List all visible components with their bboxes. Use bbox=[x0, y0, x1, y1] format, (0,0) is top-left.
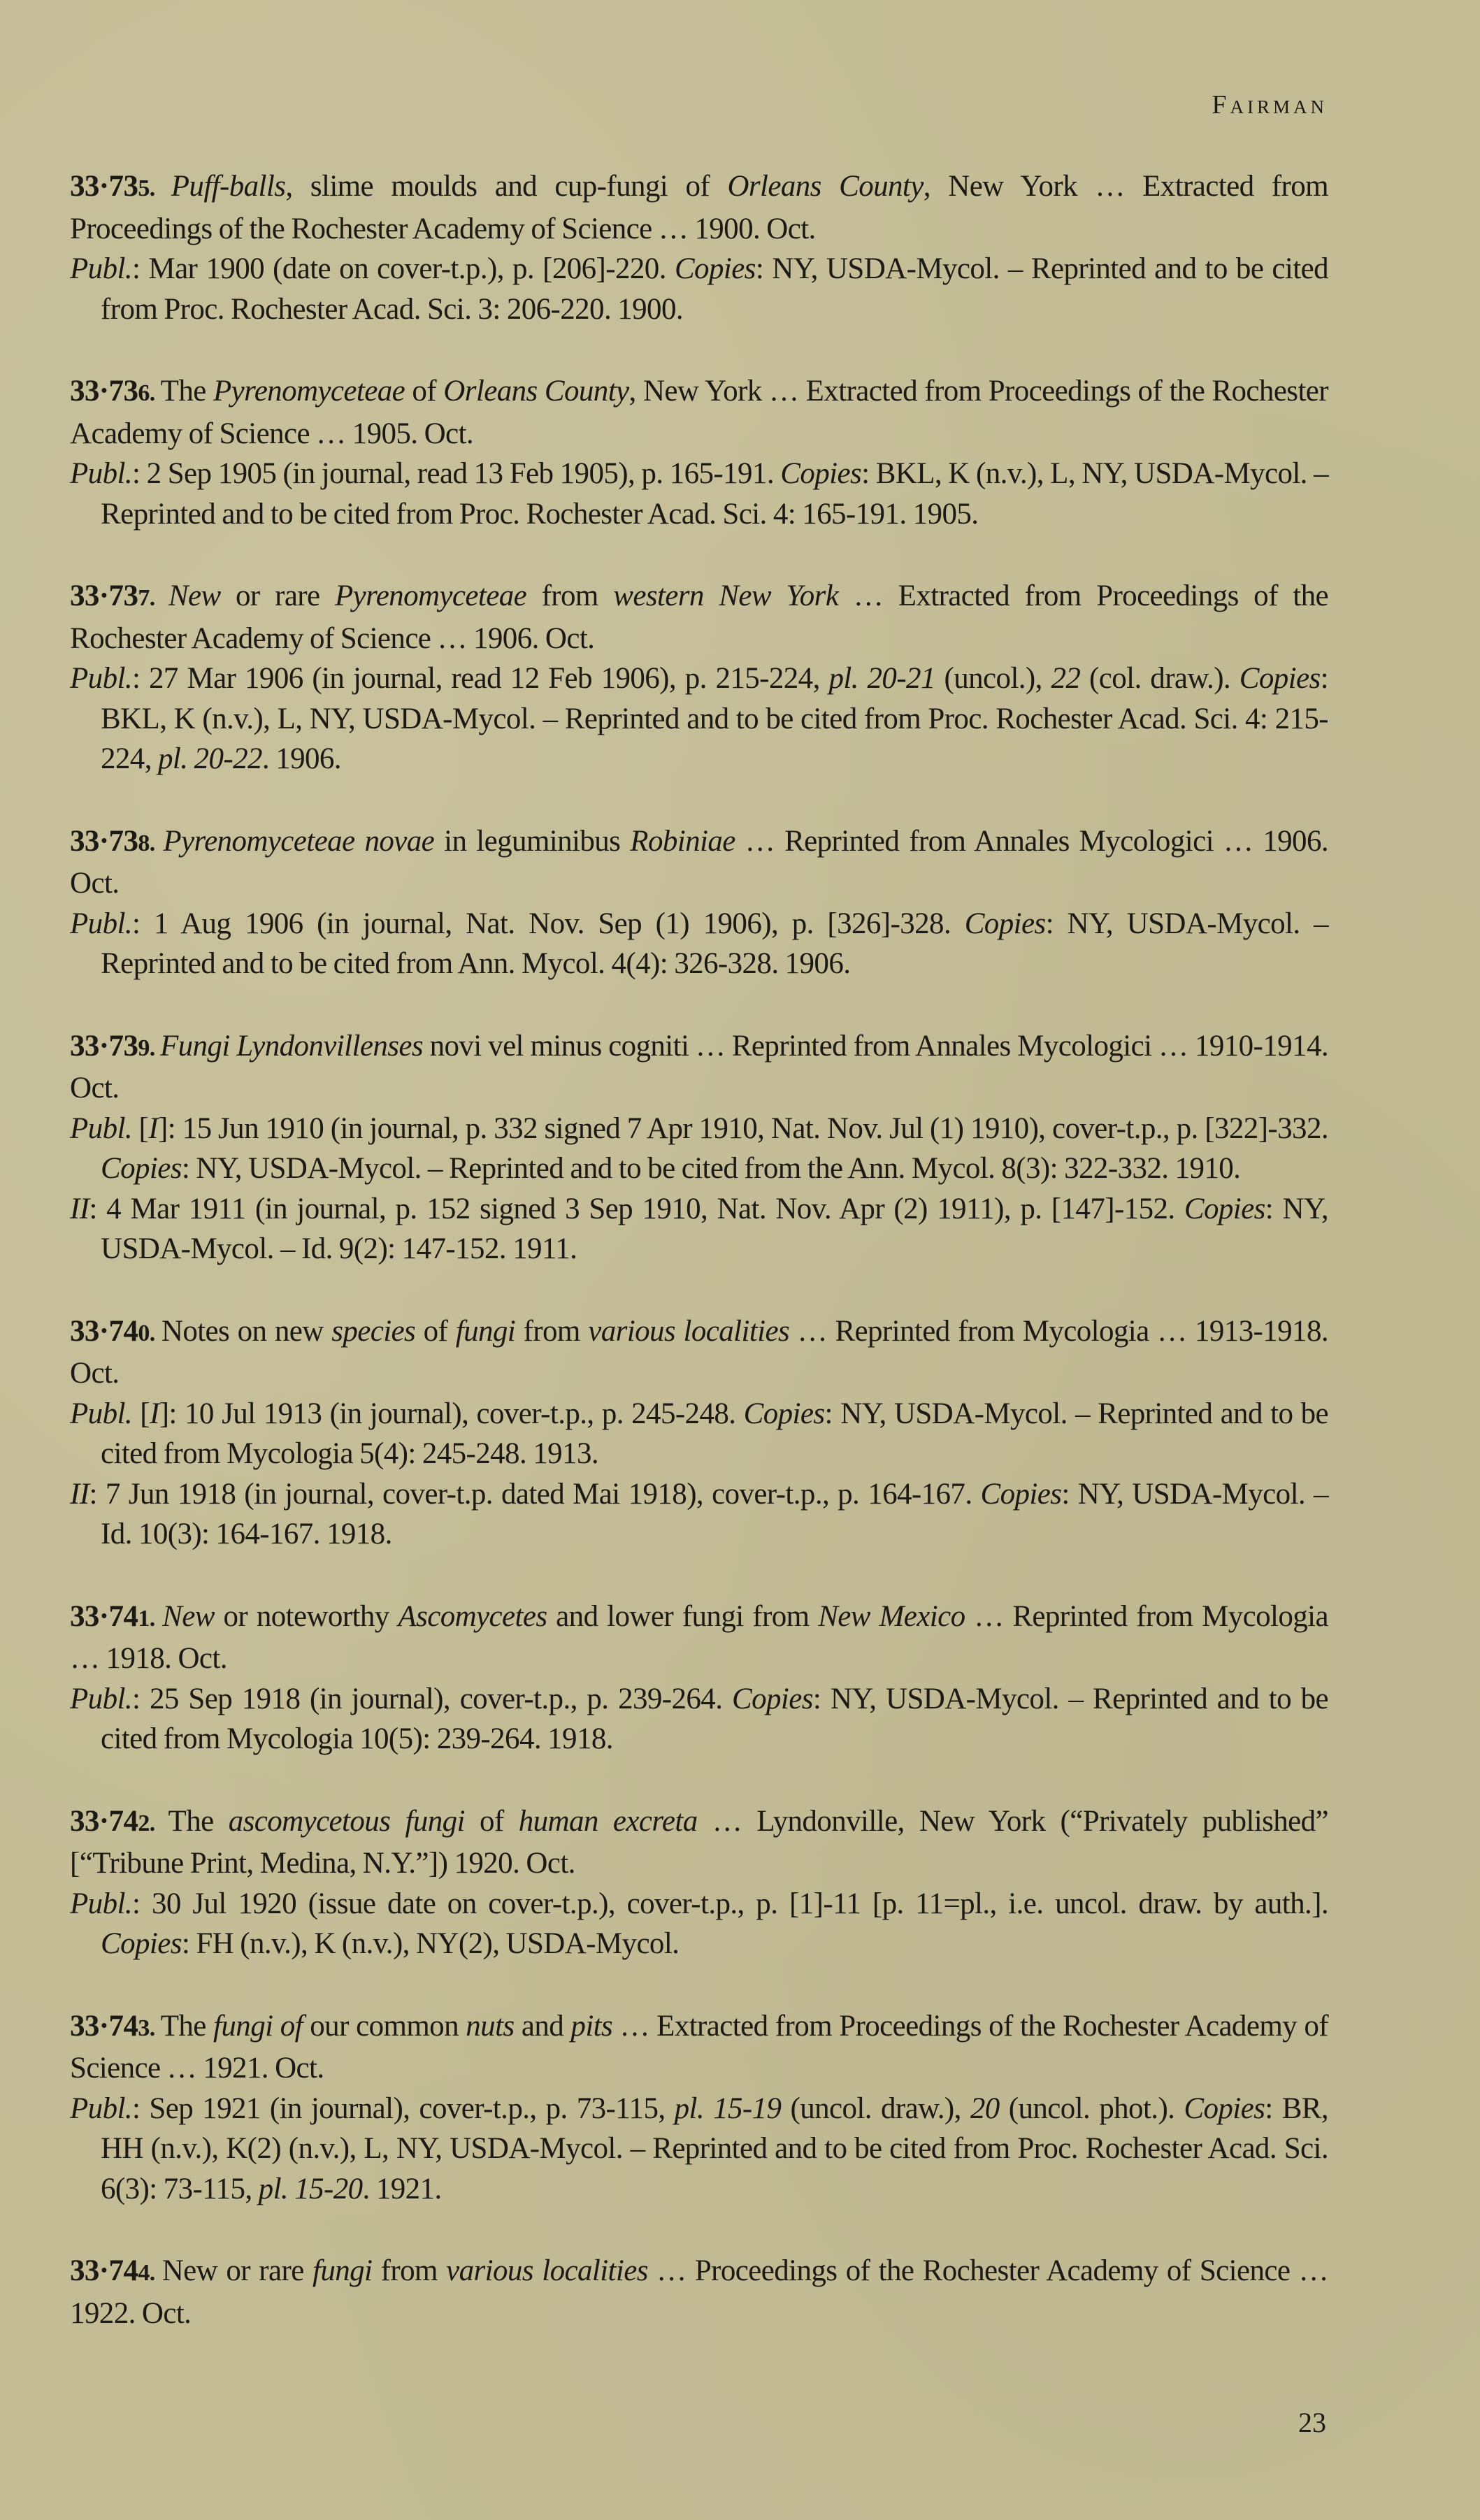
entry-number: 33·743. bbox=[70, 2010, 161, 2043]
entry-number: 33·739. bbox=[70, 1030, 160, 1063]
running-head: Fairman bbox=[1212, 89, 1328, 120]
entry-number: 33·741. bbox=[70, 1600, 162, 1633]
bibliography-entry: 33·741. New or noteworthy Ascomycetes an… bbox=[70, 1597, 1328, 1759]
entry-title: 33·741. New or noteworthy Ascomycetes an… bbox=[70, 1597, 1328, 1679]
publication-details: Publ.: 30 Jul 1920 (issue date on cover-… bbox=[70, 1884, 1328, 1964]
entry-number: 33·740. bbox=[70, 1315, 161, 1348]
publication-details: Publ. [I]: 15 Jun 1910 (in journal, p. 3… bbox=[70, 1109, 1328, 1189]
bibliography-entry: 33·743. The fungi of our common nuts and… bbox=[70, 2006, 1328, 2210]
entry-title: 33·743. The fungi of our common nuts and… bbox=[70, 2006, 1328, 2089]
bibliography-entry: 33·738. Pyrenomyceteae novae in legumini… bbox=[70, 821, 1328, 984]
entry-number: 33·738. bbox=[70, 825, 163, 858]
publication-details: II: 4 Mar 1911 (in journal, p. 152 signe… bbox=[70, 1189, 1328, 1269]
publication-details: Publ.: 27 Mar 1906 (in journal, read 12 … bbox=[70, 658, 1328, 779]
entry-title: 33·744. New or rare fungi from various l… bbox=[70, 2251, 1328, 2333]
publication-details: II: 7 Jun 1918 (in journal, cover-t.p. d… bbox=[70, 1474, 1328, 1555]
entry-number: 33·735. bbox=[70, 170, 171, 203]
entry-number: 33·744. bbox=[70, 2254, 162, 2287]
bibliography-entry: 33·737. New or rare Pyrenomyceteae from … bbox=[70, 576, 1328, 779]
publication-details: Publ.: 2 Sep 1905 (in journal, read 13 F… bbox=[70, 454, 1328, 534]
bibliography-entry: 33·742. The ascomycetous fungi of human … bbox=[70, 1801, 1328, 1964]
page-number: 23 bbox=[1298, 2406, 1326, 2439]
bibliography-entries: 33·735. Puff-balls, slime moulds and cup… bbox=[70, 166, 1328, 2375]
bibliography-entry: 33·736. The Pyrenomyceteae of Orleans Co… bbox=[70, 371, 1328, 534]
publication-details: Publ.: 25 Sep 1918 (in journal), cover-t… bbox=[70, 1679, 1328, 1759]
entry-title: 33·742. The ascomycetous fungi of human … bbox=[70, 1801, 1328, 1884]
entry-title: 33·740. Notes on new species of fungi fr… bbox=[70, 1311, 1328, 1394]
entry-number: 33·737. bbox=[70, 579, 168, 612]
entry-title: 33·736. The Pyrenomyceteae of Orleans Co… bbox=[70, 371, 1328, 454]
entry-title: 33·738. Pyrenomyceteae novae in legumini… bbox=[70, 821, 1328, 904]
entry-title: 33·737. New or rare Pyrenomyceteae from … bbox=[70, 576, 1328, 658]
bibliography-entry: 33·740. Notes on new species of fungi fr… bbox=[70, 1311, 1328, 1555]
publication-details: Publ. [I]: 10 Jul 1913 (in journal), cov… bbox=[70, 1394, 1328, 1474]
entry-title: 33·735. Puff-balls, slime moulds and cup… bbox=[70, 166, 1328, 249]
bibliography-entry: 33·739. Fungi Lyndonvillenses novi vel m… bbox=[70, 1026, 1328, 1269]
publication-details: Publ.: Sep 1921 (in journal), cover-t.p.… bbox=[70, 2089, 1328, 2210]
publication-details: Publ.: 1 Aug 1906 (in journal, Nat. Nov.… bbox=[70, 904, 1328, 984]
bibliography-entry: 33·735. Puff-balls, slime moulds and cup… bbox=[70, 166, 1328, 329]
entry-number: 33·742. bbox=[70, 1805, 168, 1838]
entry-title: 33·739. Fungi Lyndonvillenses novi vel m… bbox=[70, 1026, 1328, 1109]
bibliography-entry: 33·744. New or rare fungi from various l… bbox=[70, 2251, 1328, 2333]
publication-details: Publ.: Mar 1900 (date on cover-t.p.), p.… bbox=[70, 249, 1328, 329]
entry-number: 33·736. bbox=[70, 375, 161, 408]
